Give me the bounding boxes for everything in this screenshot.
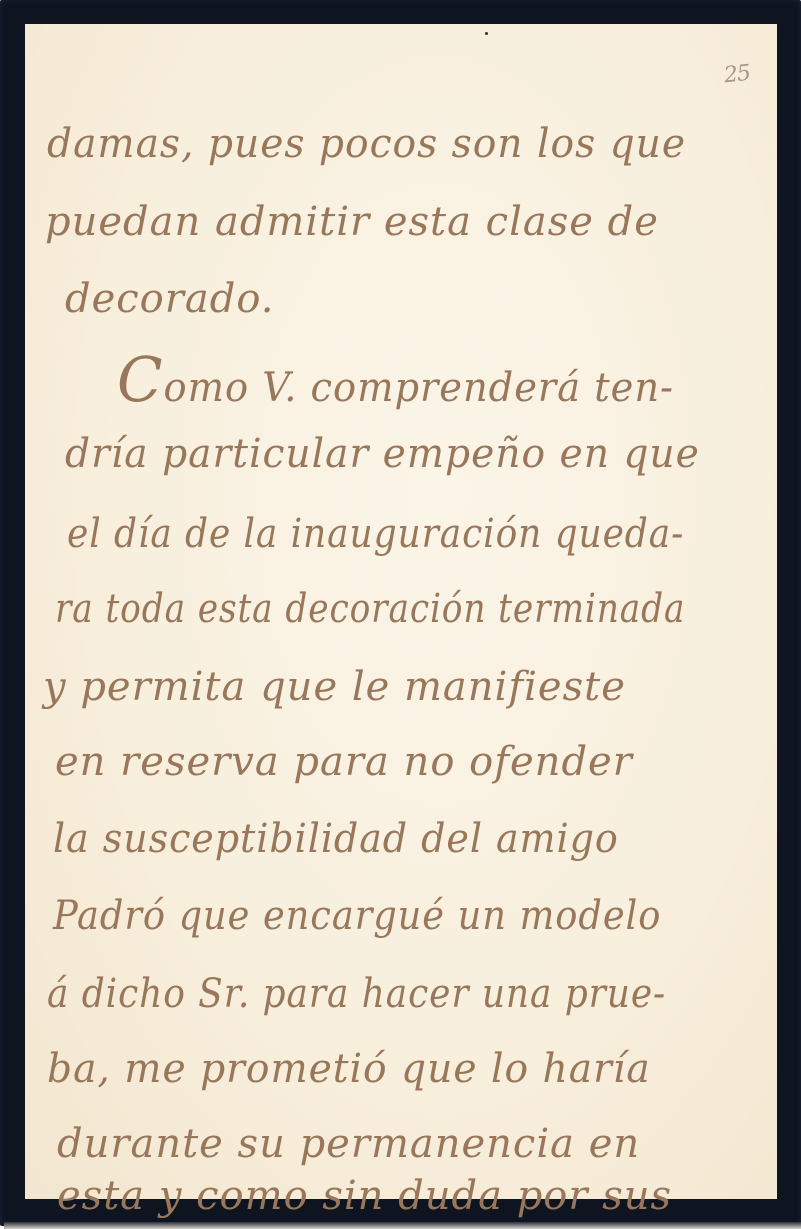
handwritten-line-5: dría particular empeño en que <box>65 434 700 474</box>
paper-speck <box>485 32 488 35</box>
handwritten-line-2: puedan admitir esta clase de <box>45 202 659 242</box>
page-number: 25 <box>723 61 751 89</box>
handwritten-line-6: el día de la inauguración queda- <box>67 514 684 554</box>
handwritten-line-15: esta y como sin duda por sus <box>57 1176 672 1216</box>
handwritten-line-11: Padró que encargué un modelo <box>53 896 661 936</box>
handwritten-line-14: durante su permanencia en <box>57 1124 640 1164</box>
handwritten-line-4: Como V. comprenderá ten- <box>117 349 674 411</box>
handwritten-line-7: ra toda esta decoración terminada <box>55 589 685 629</box>
frame-bottom-edge <box>4 1222 801 1229</box>
handwritten-line-8: y permita que le manifieste <box>43 667 626 707</box>
handwritten-line-9: en reserva para no ofender <box>55 742 633 782</box>
handwritten-line-13: ba, me prometió que lo haría <box>47 1049 651 1089</box>
handwritten-line-1: damas, pues pocos son los que <box>47 124 686 164</box>
letter-paper: 25 damas, pues pocos son los que puedan … <box>25 24 777 1199</box>
handwritten-line-10: la susceptibilidad del amigo <box>53 819 619 859</box>
handwritten-line-12: á dicho Sr. para hacer una prue- <box>47 974 666 1014</box>
handwritten-line-3: decorado. <box>65 279 274 319</box>
